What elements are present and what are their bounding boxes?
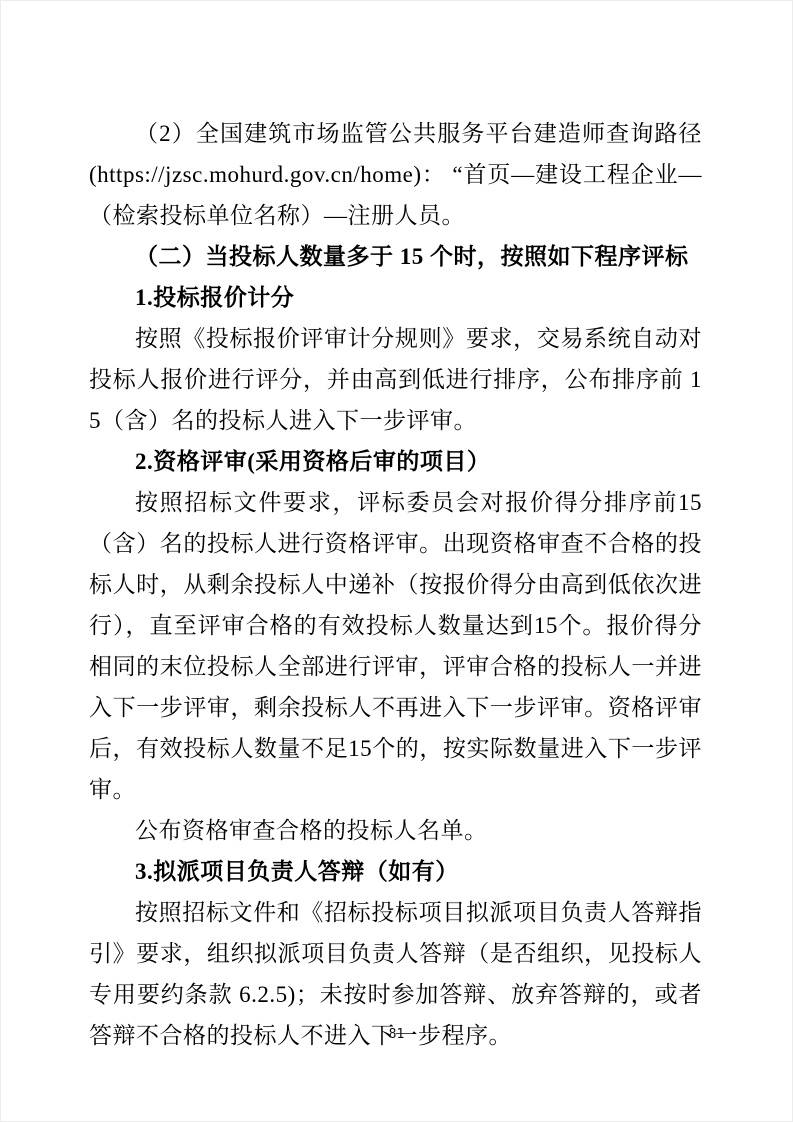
- paragraph-step2-announce-list: 公布资格审查合格的投标人名单。: [89, 810, 702, 851]
- paragraph-builder-query-path: （2）全国建筑市场监管公共服务平台建造师查询路径(https://jzsc.mo…: [89, 113, 702, 236]
- paragraph-step1-bid-price-scoring: 按照《投标报价评审计分规则》要求，交易系统自动对投标人报价进行评分，并由高到低进…: [89, 318, 702, 441]
- heading-section-two-evaluation-procedure: （二）当投标人数量多于 15 个时，按照如下程序评标: [89, 236, 702, 277]
- page-number: 81: [1, 1027, 792, 1042]
- document-page: （2）全国建筑市场监管公共服务平台建造师查询路径(https://jzsc.mo…: [0, 0, 793, 1122]
- heading-step2-qualification-review: 2.资格评审(采用资格后审的项目）: [89, 441, 702, 482]
- heading-step1-bid-price-scoring: 1.投标报价计分: [89, 277, 702, 318]
- heading-step3-project-leader-defense: 3.拟派项目负责人答辩（如有）: [89, 851, 702, 892]
- document-body: （2）全国建筑市场监管公共服务平台建造师查询路径(https://jzsc.mo…: [89, 113, 702, 1056]
- paragraph-step2-qualification-review: 按照招标文件要求，评标委员会对报价得分排序前15（含）名的投标人进行资格评审。出…: [89, 482, 702, 810]
